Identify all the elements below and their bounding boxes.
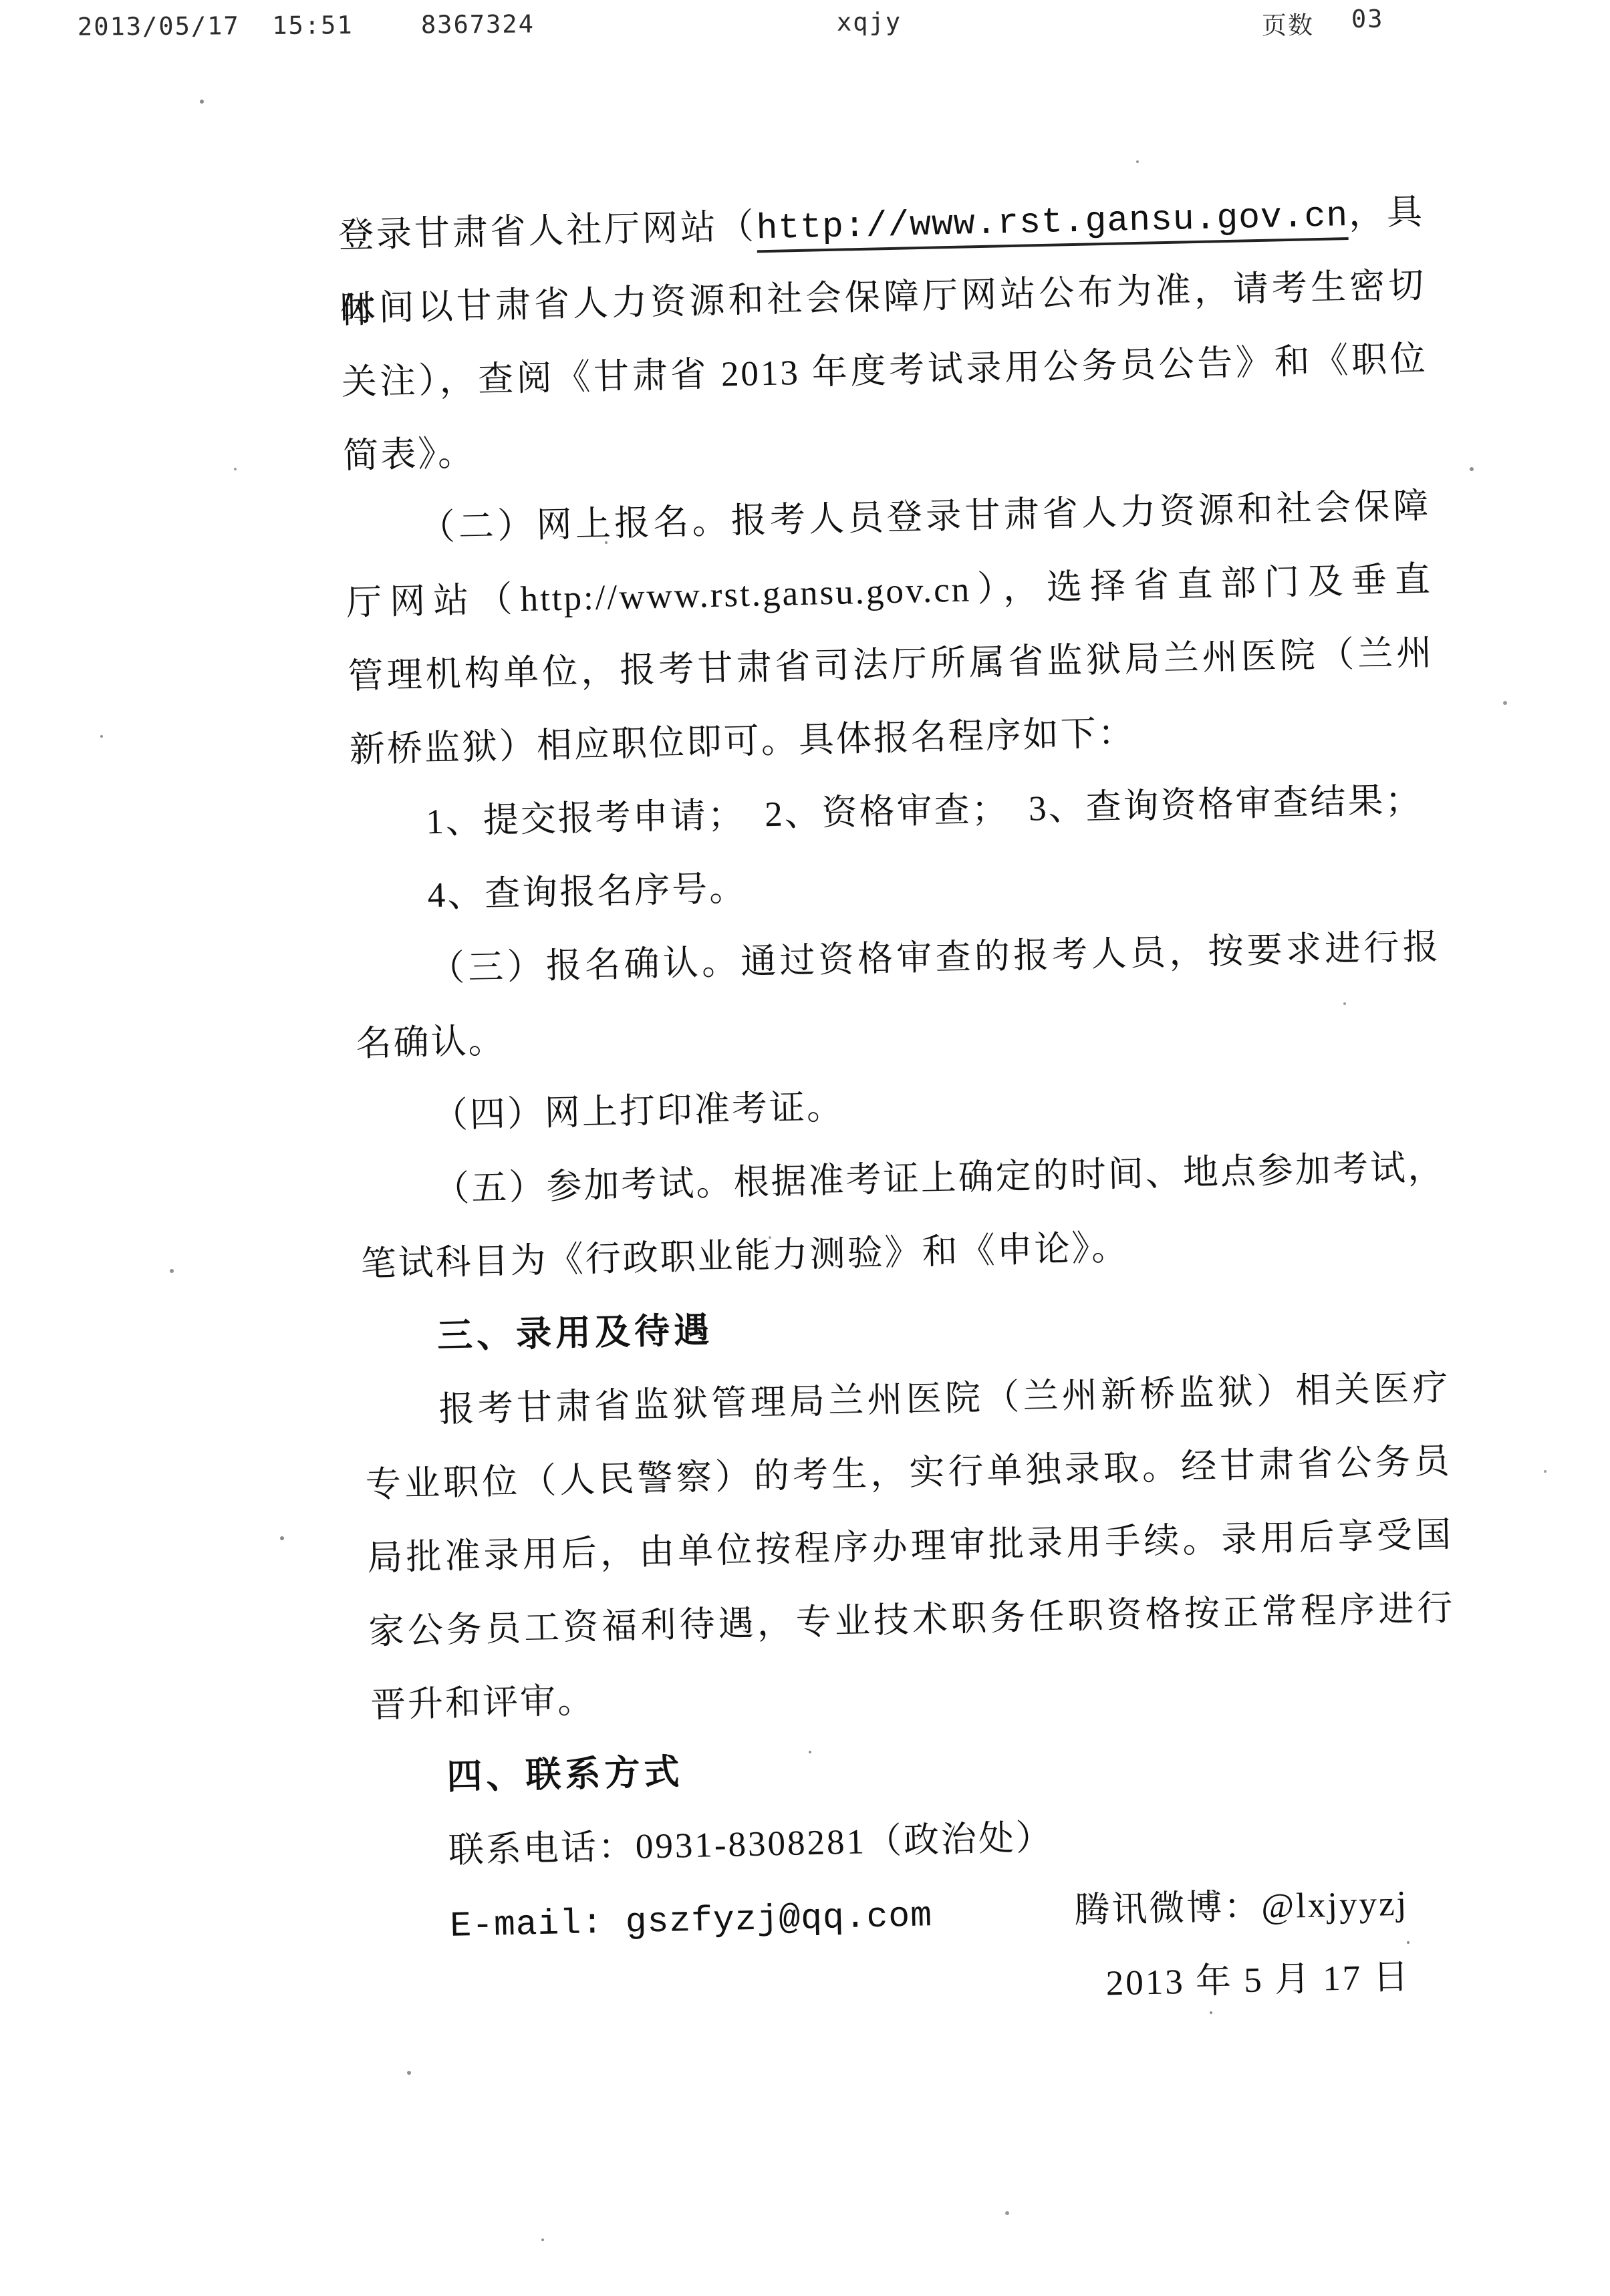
document-body: 登录甘肃省人社厅网站（http://www.rst.gansu.gov.cn，具… — [338, 176, 1464, 2037]
website-url: http://www.rst.gansu.gov.cn — [756, 196, 1349, 253]
fax-sender-id: xqjy — [837, 7, 902, 37]
doc-text: 登录甘肃省人社厅网站（ — [338, 207, 757, 255]
spacer — [944, 1922, 1064, 1925]
fax-datetime: 2013/05/17 15:51 — [78, 11, 354, 41]
weibo-handle-text: 腾讯微博：@lxjyyzj — [1074, 1884, 1409, 1930]
fax-transmission-header: 2013/05/17 15:51 8367324 xqjy 页数 03 — [0, 3, 1610, 53]
fax-page: 2013/05/17 15:51 8367324 xqjy 页数 03 登录甘肃… — [0, 0, 1610, 2296]
fax-page-number: 03 — [1351, 5, 1384, 33]
email-text: E-mail: gszfyzj@qq.com — [450, 1896, 933, 1947]
fax-number: 8367324 — [421, 9, 535, 39]
fax-pages-label: 页数 — [1262, 5, 1314, 41]
scan-speckle-artifacts — [0, 0, 3, 3]
